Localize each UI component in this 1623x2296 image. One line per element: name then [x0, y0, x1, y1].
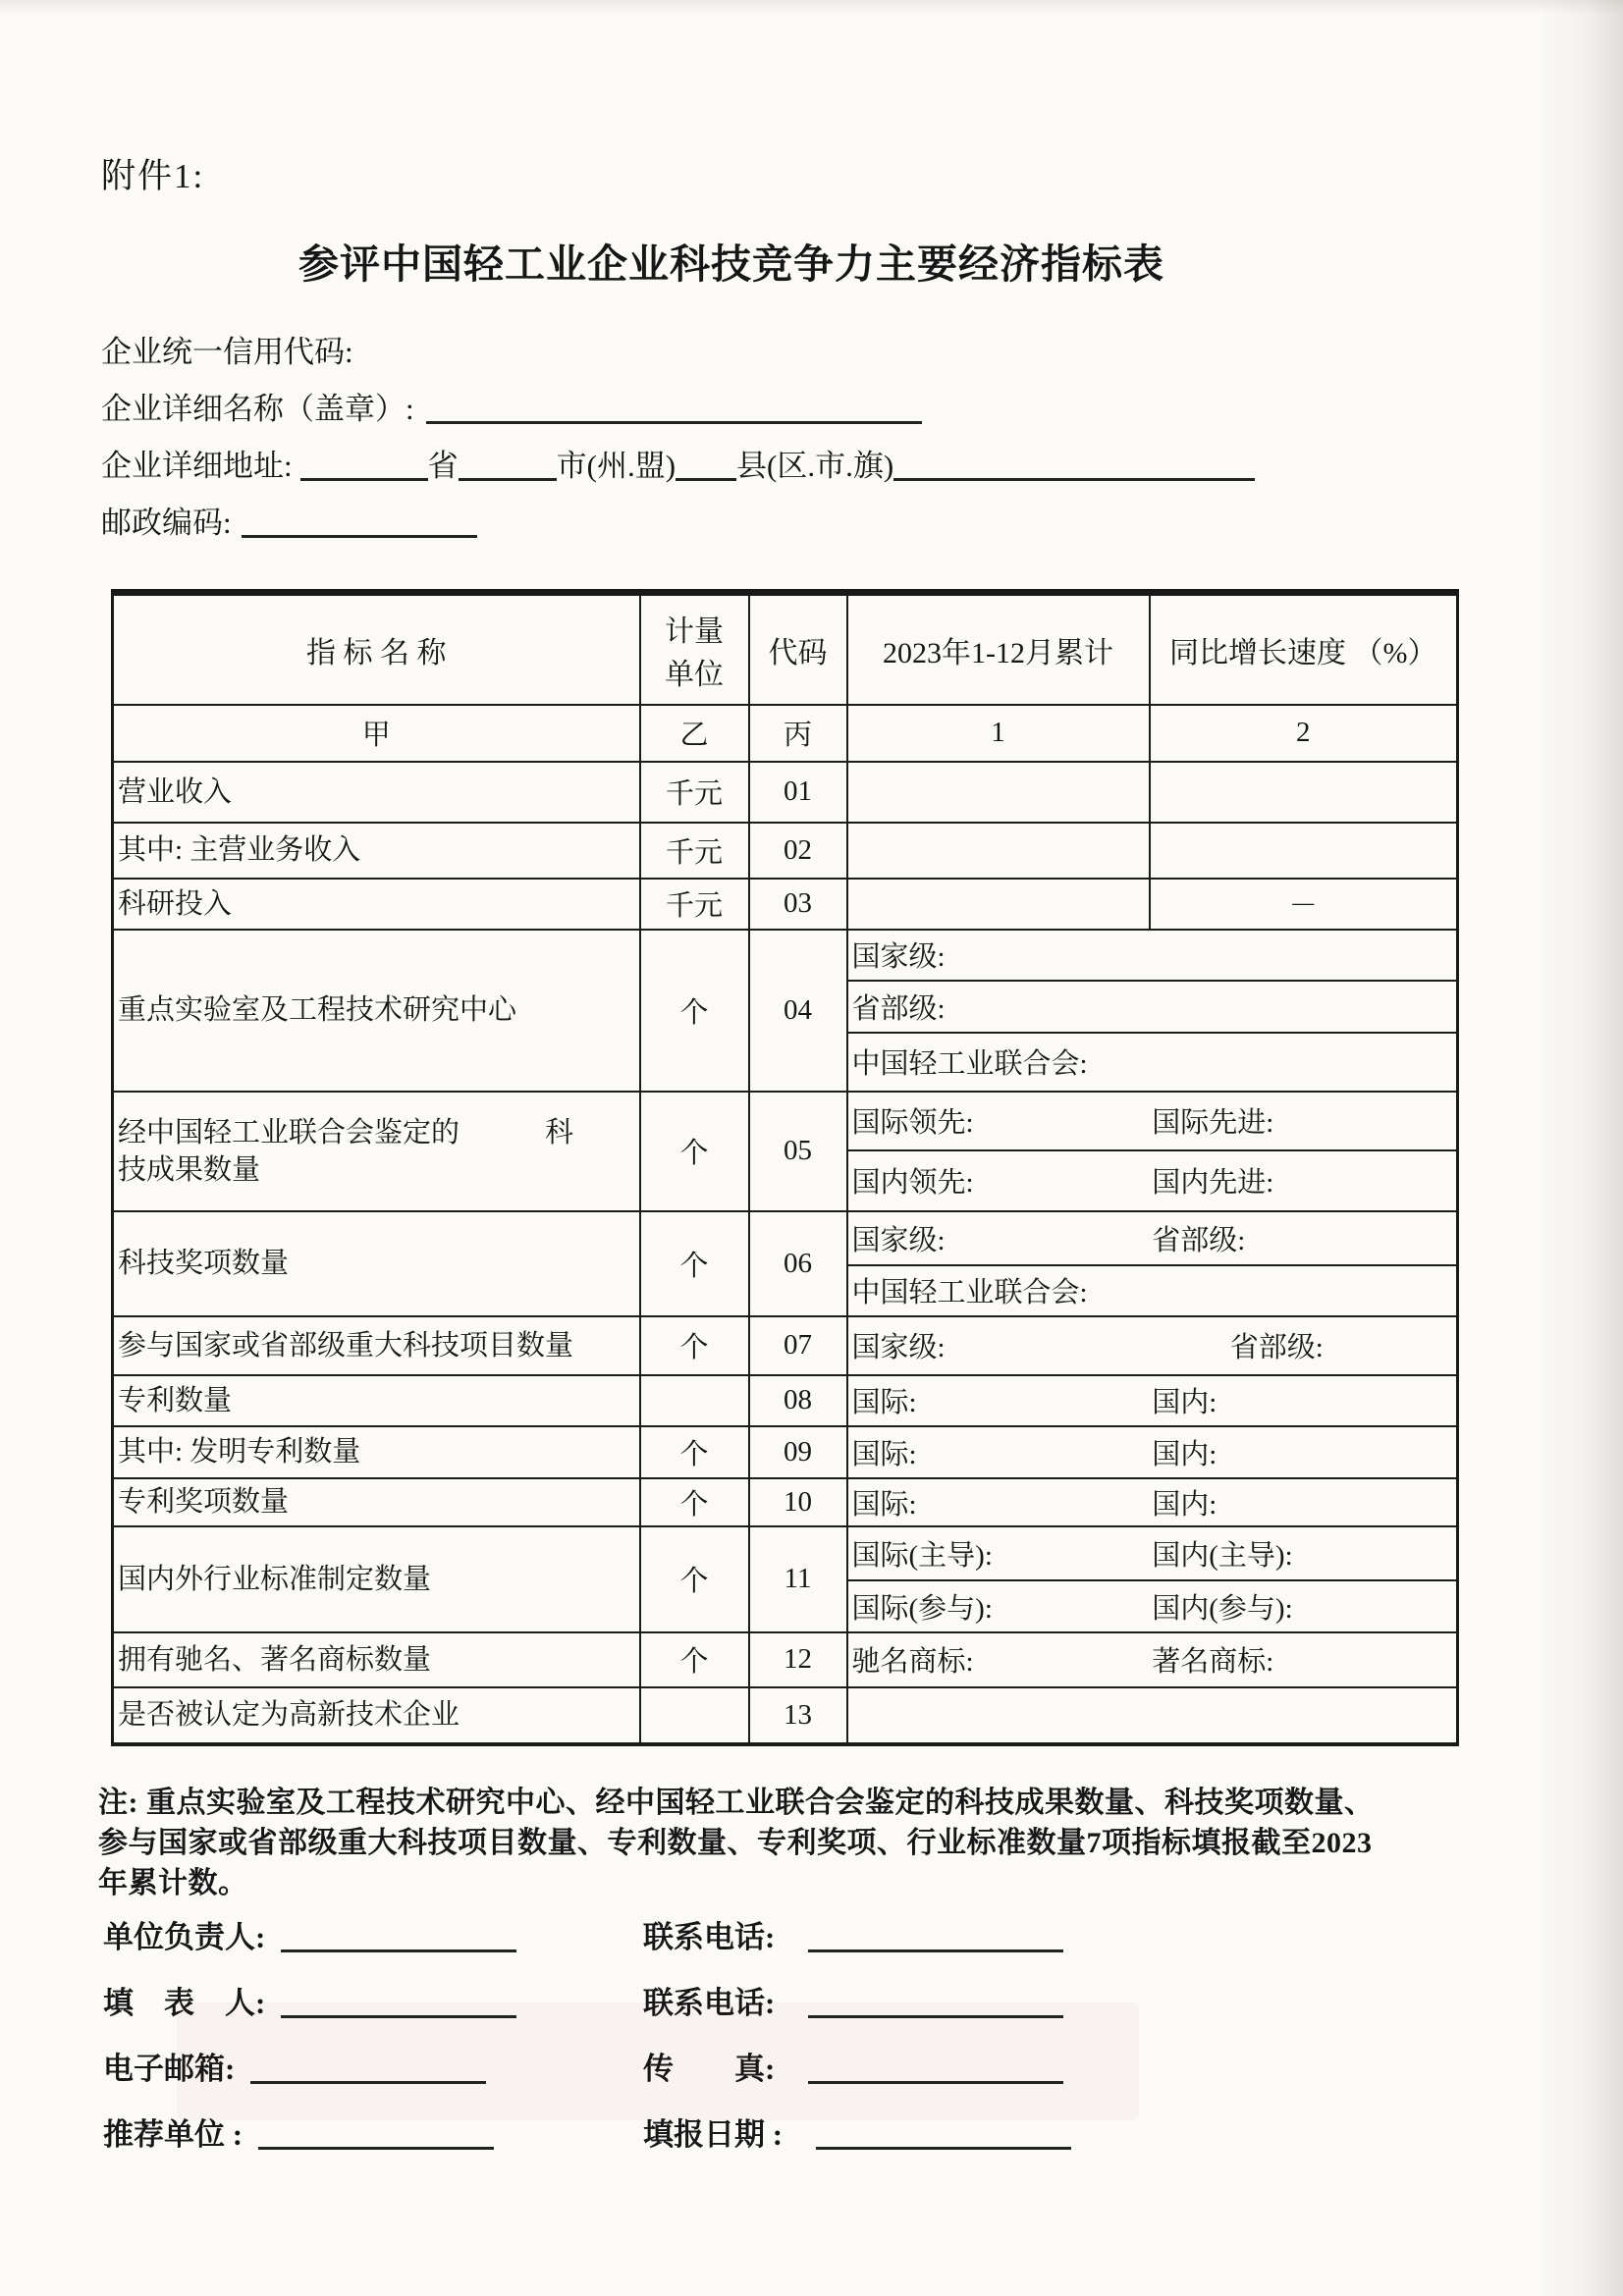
indicators-table: 指 标 名 称 计量 单位 代码 2023年1-12月累计 同比增长速度 （%）…	[111, 589, 1459, 1746]
unit-cell	[640, 1375, 749, 1426]
code-cell: 02	[749, 823, 847, 879]
sub-value-cell: 国内领先:国内先进:	[847, 1150, 1458, 1211]
unit-cell: 个	[640, 930, 749, 1092]
sub-value-cell: 国际(主导):国内(主导):	[847, 1526, 1458, 1580]
cumulative-value-cell	[847, 879, 1150, 930]
sub-label: 国际领先:	[852, 1100, 1153, 1141]
sub-label: 省部级:	[1152, 1218, 1452, 1258]
code-cell: 04	[749, 930, 847, 1092]
indicator-name: 参与国家或省部级重大科技项目数量	[113, 1316, 640, 1375]
table-row-04: 重点实验室及工程技术研究中心 个 04 国家级:	[113, 930, 1458, 981]
sub-label: 国际(主导):	[852, 1533, 1153, 1574]
sub-value-cell: 中国轻工业联合会:	[847, 1033, 1458, 1092]
code-cell: 05	[749, 1092, 847, 1211]
address-county-label: 县(区.市.旗)	[736, 441, 893, 485]
footer-row: 推荐单位 : 填报日期 :	[103, 2109, 1419, 2175]
address-detail-blank	[893, 478, 1255, 481]
sub-label: 国内:	[1152, 1432, 1452, 1472]
table-row-07: 参与国家或省部级重大科技项目数量 个 07 国家级:省部级:	[113, 1316, 1458, 1375]
code-cell: 09	[749, 1426, 847, 1478]
sub-value-cell: 国际:国内:	[847, 1426, 1458, 1478]
col-header-growth: 同比增长速度 （%）	[1150, 593, 1458, 705]
fax-blank	[808, 2081, 1063, 2084]
code-cell: 07	[749, 1316, 847, 1375]
growth-value-cell	[1150, 762, 1458, 823]
sub-label: 国内领先:	[852, 1160, 1153, 1201]
indicator-name: 科技奖项数量	[113, 1211, 640, 1316]
unit-cell	[640, 1687, 749, 1744]
table-row-05: 经中国轻工业联合会鉴定的 科 技成果数量 个 05 国际领先:国际先进:	[113, 1092, 1458, 1150]
key-cell-1: 1	[847, 705, 1150, 762]
table-row-03: 科研投入 千元 03 －	[113, 879, 1458, 930]
email-blank	[250, 2081, 486, 2084]
table-row-13: 是否被认定为高新技术企业 13	[113, 1687, 1458, 1744]
sub-label: 国内先进:	[1152, 1160, 1452, 1201]
unit-cell: 个	[640, 1092, 749, 1211]
contact-phone-blank	[808, 2015, 1063, 2018]
company-name-blank	[426, 421, 922, 424]
sub-value-cell: 国家级:	[847, 930, 1458, 981]
key-cell-jia: 甲	[113, 705, 640, 762]
fill-date-label: 填报日期 :	[643, 2109, 783, 2154]
sub-label: 省部级:	[1230, 1325, 1452, 1365]
col-header-unit: 计量 单位	[640, 593, 749, 705]
col-header-cumulative: 2023年1-12月累计	[847, 593, 1150, 705]
cumulative-value-cell	[847, 762, 1150, 823]
scanned-form-page: 附件1: 参评中国轻工业企业科技竞争力主要经济指标表 企业统一信用代码: 企业详…	[0, 0, 1623, 2296]
indicator-name: 拥有驰名、著名商标数量	[113, 1632, 640, 1687]
code-cell: 13	[749, 1687, 847, 1744]
table-row-12: 拥有驰名、著名商标数量 个 12 驰名商标:著名商标:	[113, 1632, 1458, 1687]
address-province-blank	[300, 478, 428, 481]
sub-label: 国家级:	[852, 941, 946, 973]
responsible-person-blank	[281, 1949, 516, 1952]
credit-code-line: 企业统一信用代码:	[101, 327, 353, 371]
unit-cell: 个	[640, 1632, 749, 1687]
address-city-blank	[459, 478, 557, 481]
sub-label: 中国轻工业联合会:	[852, 1048, 1088, 1080]
indicator-name: 重点实验室及工程技术研究中心	[113, 930, 640, 1092]
sub-label: 省部级:	[852, 993, 946, 1025]
address-city-label: 市(州.盟)	[557, 441, 676, 485]
company-name-label: 企业详细名称（盖章）:	[101, 384, 414, 428]
table-row-06: 科技奖项数量 个 06 国家级:省部级:	[113, 1211, 1458, 1265]
sub-value-cell: 国际:国内:	[847, 1375, 1458, 1426]
unit-cell: 个	[640, 1211, 749, 1316]
sub-value-cell: 国际领先:国际先进:	[847, 1092, 1458, 1150]
code-cell: 10	[749, 1478, 847, 1526]
sub-label: 国内:	[1152, 1380, 1452, 1420]
postcode-blank	[242, 535, 477, 538]
key-cell-bing: 丙	[749, 705, 847, 762]
code-cell: 08	[749, 1375, 847, 1426]
sub-value-cell: 省部级:	[847, 981, 1458, 1033]
recommending-unit-label: 推荐单位 :	[103, 2109, 243, 2154]
indicator-name: 科研投入	[113, 879, 640, 930]
sub-label: 国际先进:	[1152, 1100, 1452, 1141]
indicator-name: 是否被认定为高新技术企业	[113, 1687, 640, 1744]
sub-label: 驰名商标:	[852, 1639, 1153, 1680]
credit-code-label: 企业统一信用代码:	[101, 327, 353, 371]
sub-label: 国际:	[852, 1380, 1153, 1420]
table-row-01: 营业收入 千元 01	[113, 762, 1458, 823]
sub-label: 国家级:	[852, 1325, 1230, 1365]
table-row-10: 专利奖项数量 个 10 国际:国内:	[113, 1478, 1458, 1526]
responsible-person-label: 单位负责人:	[103, 1912, 265, 1956]
code-cell: 12	[749, 1632, 847, 1687]
table-row-08: 专利数量 08 国际:国内:	[113, 1375, 1458, 1426]
address-label: 企业详细地址:	[101, 441, 293, 485]
cumulative-value-cell	[847, 823, 1150, 879]
unit-cell: 千元	[640, 823, 749, 879]
code-cell: 01	[749, 762, 847, 823]
unit-cell: 个	[640, 1478, 749, 1526]
table-row-11: 国内外行业标准制定数量 个 11 国际(主导):国内(主导):	[113, 1526, 1458, 1580]
postcode-line: 邮政编码:	[101, 498, 477, 542]
sub-label: 国家级:	[852, 1218, 1153, 1258]
indicator-name: 专利数量	[113, 1375, 640, 1426]
address-province-label: 省	[428, 441, 459, 485]
indicator-name: 专利奖项数量	[113, 1478, 640, 1526]
sub-label: 国内(参与):	[1152, 1586, 1452, 1627]
contact-phone-label: 联系电话:	[643, 1912, 775, 1956]
column-key-row: 甲 乙 丙 1 2	[113, 705, 1458, 762]
scan-right-shadow	[1540, 0, 1623, 2296]
address-county-blank	[676, 478, 736, 481]
sub-value-cell: 中国轻工业联合会:	[847, 1265, 1458, 1316]
footnote: 注: 重点实验室及工程技术研究中心、经中国轻工业联合会鉴定的科技成果数量、科技奖…	[98, 1783, 1512, 1903]
form-title: 参评中国轻工业企业科技竞争力主要经济指标表	[98, 232, 1365, 290]
sub-label: 著名商标:	[1152, 1639, 1452, 1680]
code-cell: 03	[749, 879, 847, 930]
sub-value-cell: 国际:国内:	[847, 1478, 1458, 1526]
table-row-09: 其中: 发明专利数量 个 09 国际:国内:	[113, 1426, 1458, 1478]
contact-phone-label: 联系电话:	[643, 1978, 775, 2022]
key-cell-2: 2	[1150, 705, 1458, 762]
footer-row: 填 表 人: 联系电话:	[103, 1978, 1419, 2044]
address-line: 企业详细地址: 省 市(州.盟) 县(区.市.旗)	[101, 441, 1255, 485]
col-header-indicator: 指 标 名 称	[113, 593, 640, 705]
code-cell: 06	[749, 1211, 847, 1316]
indicator-name: 其中: 主营业务收入	[113, 823, 640, 879]
signature-block: 单位负责人: 联系电话: 填 表 人: 联系电话: 电子邮箱:	[103, 1912, 1419, 2175]
sub-label: 国际:	[852, 1432, 1153, 1472]
indicator-name: 营业收入	[113, 762, 640, 823]
sub-value-cell: 驰名商标:著名商标:	[847, 1632, 1458, 1687]
table-header-row: 指 标 名 称 计量 单位 代码 2023年1-12月累计 同比增长速度 （%）	[113, 593, 1458, 705]
fill-date-blank	[816, 2147, 1071, 2150]
sub-label: 国内(主导):	[1152, 1533, 1452, 1574]
recommending-unit-blank	[258, 2147, 494, 2150]
indicator-name: 国内外行业标准制定数量	[113, 1526, 640, 1632]
email-label: 电子邮箱:	[103, 2044, 235, 2088]
sub-value-cell: 国际(参与):国内(参与):	[847, 1580, 1458, 1632]
unit-cell: 个	[640, 1426, 749, 1478]
sub-label: 国际:	[852, 1482, 1153, 1522]
contact-phone-blank	[808, 1949, 1063, 1952]
scan-top-shadow	[0, 0, 1623, 14]
footer-row: 单位负责人: 联系电话:	[103, 1912, 1419, 1978]
sub-label: 国内:	[1152, 1482, 1452, 1522]
key-cell-yi: 乙	[640, 705, 749, 762]
company-name-line: 企业详细名称（盖章）:	[101, 384, 922, 428]
indicator-name: 经中国轻工业联合会鉴定的 科 技成果数量	[113, 1092, 640, 1211]
postcode-label: 邮政编码:	[101, 498, 232, 542]
unit-cell: 千元	[640, 762, 749, 823]
growth-value-cell	[1150, 823, 1458, 879]
fax-label: 传 真:	[643, 2044, 775, 2088]
sub-value-cell: 国家级:省部级:	[847, 1211, 1458, 1265]
code-cell: 11	[749, 1526, 847, 1632]
footer-row: 电子邮箱: 传 真:	[103, 2044, 1419, 2109]
form-filler-label: 填 表 人:	[103, 1978, 265, 2022]
unit-cell: 个	[640, 1526, 749, 1632]
table-row-02: 其中: 主营业务收入 千元 02	[113, 823, 1458, 879]
col-header-code: 代码	[749, 593, 847, 705]
sub-label: 国际(参与):	[852, 1586, 1153, 1627]
unit-cell: 千元	[640, 879, 749, 930]
form-filler-blank	[281, 2015, 516, 2018]
attachment-label: 附件1:	[101, 149, 204, 198]
sub-value-cell: 国家级:省部级:	[847, 1316, 1458, 1375]
unit-cell: 个	[640, 1316, 749, 1375]
indicator-name: 其中: 发明专利数量	[113, 1426, 640, 1478]
sub-label: 中国轻工业联合会:	[852, 1277, 1088, 1308]
growth-value-cell: －	[1150, 879, 1458, 930]
sub-value-cell	[847, 1687, 1458, 1744]
